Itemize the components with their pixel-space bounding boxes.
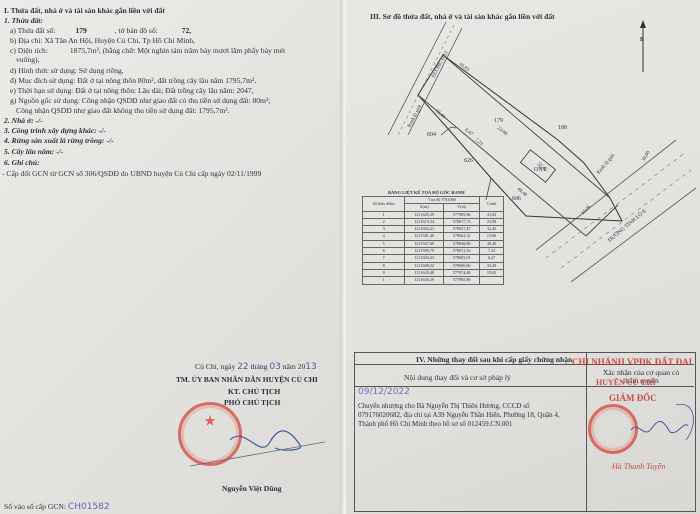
table-cell-edge: 7,23: [480, 248, 504, 255]
table-cell-edge: 32,45: [480, 226, 504, 233]
address-line: b) Địa chỉ: Xã Tân An Hội, Huyện Củ Chi,…: [10, 36, 195, 45]
registry-line: Số vào sổ cấp GCN: CH01582: [4, 502, 110, 512]
table-cell-edge: [480, 277, 504, 284]
table-cell-point: 5: [363, 240, 405, 247]
table-cell-x: 1211645,29: [405, 277, 444, 284]
table-row: 61211599,79578011,167,23: [363, 248, 504, 255]
table-cell-edge: 23,98: [480, 218, 504, 225]
table-cell-y: 577974,48: [444, 269, 480, 276]
parcel-line: a) Thửa đất số: 179 , tờ bản đồ số: 72,: [10, 26, 191, 35]
changes-col-content: Nội dung thay đổi và cơ sở pháp lý: [404, 373, 511, 382]
table-cell-edge: 15,06: [480, 233, 504, 240]
table-cell-edge: 33,49: [480, 262, 504, 269]
stamp-signer: Hà Thanh Tuyền: [612, 462, 665, 471]
area-label: c) Diện tích:: [10, 46, 48, 55]
table-row: 11211645,29577985,86: [363, 277, 504, 284]
table-cell-x: 1211602,21: [405, 226, 444, 233]
table-row: 41211581,40578062,3215,06: [363, 233, 504, 240]
th-x: X(m): [405, 204, 444, 211]
th-y: Y(m): [444, 204, 480, 211]
table-cell-x: 1211599,79: [405, 248, 444, 255]
confirmation-signature: [626, 400, 700, 460]
table-cell-y: 578062,32: [444, 233, 480, 240]
house-item: 2. Nhà ở: -/-: [4, 116, 43, 125]
use-form: d) Hình thức sử dụng: Sử dụng riêng,: [10, 66, 124, 75]
table-cell-point: 1: [363, 211, 405, 218]
right-page: III. Sơ đồ thửa đất, nhà ở và tài sản kh…: [346, 0, 700, 514]
stamp-office: CHI NHÁNH VPĐK ĐẤT ĐAI: [572, 358, 692, 367]
change-date: 09/12/2022: [358, 388, 410, 397]
table-row: 51211567,89578048,8049,40: [363, 240, 504, 247]
date-year: 13: [305, 362, 316, 372]
table-cell-y: 578011,16: [444, 248, 480, 255]
change-text-1: Chuyển nhượng cho Bà Nguyễn Thị Thiên Hư…: [358, 402, 529, 411]
registry-number: CH01582: [68, 502, 110, 512]
table-cell-point: 2: [363, 218, 405, 225]
date-day: 22: [237, 362, 248, 372]
neighbor-label-180: 180: [558, 124, 567, 133]
table-cell-edge: 19,02: [480, 269, 504, 276]
table-cell-y: 578048,80: [444, 240, 480, 247]
coordinate-table-body: 11211645,29577985,8641,8321211619,345780…: [363, 211, 504, 284]
neighbor-label-606: 606: [512, 195, 521, 204]
neighbor-label-626: 626: [464, 157, 473, 166]
table-cell-y: 578005,61: [444, 255, 480, 262]
table-cell-y: 578000,60: [444, 262, 480, 269]
north-label: B: [640, 36, 644, 45]
table-cell-edge: 41,83: [480, 211, 504, 218]
th-point: Số hiệu điểm: [363, 197, 405, 212]
coordinate-table: Số hiệu điểm Tọa độ VN2000 Cạnh X(m) Y(m…: [362, 196, 504, 285]
table-cell-point: 9: [363, 269, 405, 276]
table-cell-point: 3: [363, 226, 405, 233]
other-works-item: 3. Công trình xây dựng khác: -/-: [4, 126, 106, 135]
map-sheet-number: 72,: [182, 26, 192, 35]
date-line: Củ Chi, ngày 22 tháng 03 năm 2013: [195, 362, 317, 372]
authority: TM. ỦY BAN NHÂN DÂN HUYỆN CỦ CHI: [176, 375, 318, 384]
use-term: e) Thời hạn sử dụng: Đất ở tại nông thôn…: [10, 86, 254, 95]
notes-heading: 6. Ghi chú:: [4, 158, 40, 167]
area-value-cont: vuông),: [16, 55, 39, 64]
parcel-number: 179: [75, 26, 86, 35]
registry-label: Số vào sổ cấp GCN:: [4, 502, 66, 511]
table-cell-x: 1211567,89: [405, 240, 444, 247]
table-cell-point: 4: [363, 233, 405, 240]
table-cell-x: 1211581,40: [405, 233, 444, 240]
table-cell-point: 1: [363, 277, 405, 284]
area-line: c) Diện tích: 1875,7m², (bằng chữ: Một n…: [10, 46, 285, 55]
parcel-label: a) Thửa đất số:: [10, 26, 56, 35]
neighbor-label-604: 604: [427, 131, 436, 140]
date-month: 03: [269, 362, 280, 372]
table-cell-point: 7: [363, 255, 405, 262]
area-value: 1875,7m², (bằng chữ: Một nghìn tám trăm …: [70, 46, 285, 55]
table-row: 21211619,34578017,7323,98: [363, 218, 504, 225]
change-text-2: 079176020682, địa chỉ tại A39 Nguyễn Thầ…: [358, 411, 560, 420]
change-text-3: Thành phố Hồ Chí Minh theo hồ sơ số 0124…: [358, 420, 512, 429]
table-cell-x: 1211645,29: [405, 211, 444, 218]
perennial-item: 5. Cây lâu năm: -/-: [4, 147, 63, 156]
forest-item: 4. Rừng sản xuất là rừng trồng: -/-: [4, 136, 114, 145]
origin-cont: Công nhận QSDĐ như giao đất không thu ti…: [16, 106, 229, 115]
parcel-label-179: 179: [494, 117, 503, 126]
table-row: 31211602,21578037,4732,45: [363, 226, 504, 233]
house-label-ont: ONT: [534, 166, 546, 175]
table-row: 71211604,43578005,616,47: [363, 255, 504, 262]
date-month-label: tháng: [251, 362, 268, 371]
table-cell-y: 578017,73: [444, 218, 480, 225]
table-row: 81211608,52578000,6033,49: [363, 262, 504, 269]
table-cell-point: 8: [363, 262, 405, 269]
signer-name: Nguyễn Việt Dũng: [222, 484, 282, 493]
th-coord-group: Tọa độ VN2000: [405, 197, 480, 204]
table-cell-edge: 6,47: [480, 255, 504, 262]
table-cell-x: 1211629,48: [405, 269, 444, 276]
changes-title: IV. Những thay đổi sau khi cấp giấy chứn…: [416, 355, 572, 364]
table-cell-y: 577985,86: [444, 277, 480, 284]
section-title-land: I. Thửa đất, nhà ở và tài sản khác gắn l…: [4, 6, 165, 15]
table-cell-x: 1211619,34: [405, 218, 444, 225]
th-edge: Cạnh: [480, 197, 504, 212]
on-behalf: KT. CHỦ TỊCH: [228, 387, 280, 396]
parcel-map: [346, 0, 700, 340]
position: PHÓ CHỦ TỊCH: [224, 398, 280, 407]
table-cell-edge: 49,40: [480, 240, 504, 247]
signature-scribble: [190, 420, 330, 470]
map-sheet-label: , tờ bản đồ số:: [115, 26, 158, 35]
table-row: 11211645,29577985,8641,83: [363, 211, 504, 218]
stamp-district: HUYỆN CỦ CHI: [596, 378, 656, 387]
origin: g) Nguồn gốc sử dụng: Công nhận QSDĐ như…: [10, 96, 270, 105]
land-heading: 1. Thửa đất:: [4, 16, 43, 25]
table-cell-x: 1211608,52: [405, 262, 444, 269]
date-prefix: Củ Chi, ngày: [195, 362, 235, 371]
table-cell-point: 6: [363, 248, 405, 255]
table-cell-y: 577985,86: [444, 211, 480, 218]
table-row: 91211629,48577974,4819,02: [363, 269, 504, 276]
notes-text: - Cấp đổi GCN từ GCN số 306/QSDĐ do UBND…: [2, 169, 261, 178]
table-cell-y: 578037,47: [444, 226, 480, 233]
table-cell-x: 1211604,43: [405, 255, 444, 262]
use-purpose: đ) Mục đích sử dụng: Đất ở tại nông thôn…: [10, 76, 256, 85]
date-year-label: năm 20: [283, 362, 306, 371]
left-page: I. Thửa đất, nhà ở và tài sản khác gắn l…: [0, 0, 346, 514]
